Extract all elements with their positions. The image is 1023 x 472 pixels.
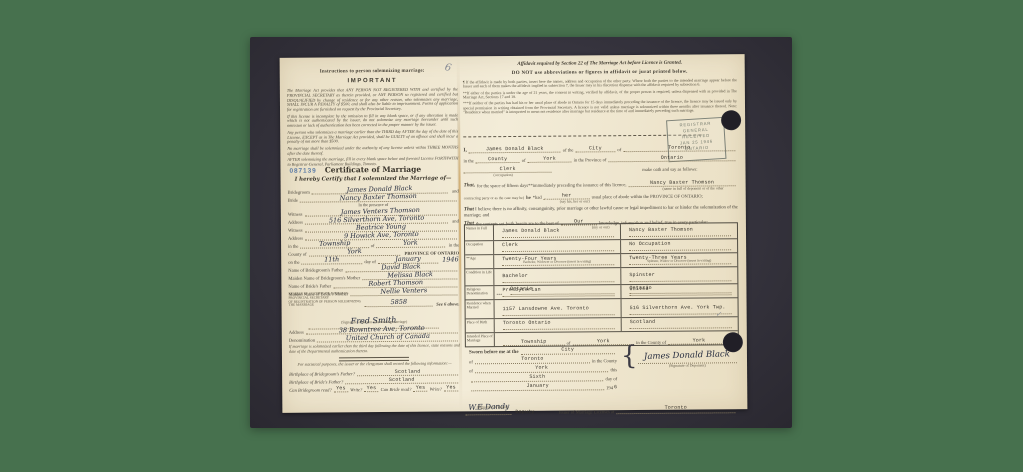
year-value: 1946 (443, 255, 460, 264)
marriage-document: Instructions to person solemnizing marri… (280, 54, 748, 413)
clause-2: That I believe there is no affinity, con… (464, 204, 738, 218)
bride-cell: Scotland (630, 319, 656, 325)
place-type: City (589, 145, 602, 151)
certificate-number-label: NUMBER OF CERTIFICATE ISSUED BY PROVINCI… (288, 292, 362, 307)
intended-township-name: York (597, 338, 610, 344)
row-label: Occupation (465, 241, 494, 254)
jurat-line-2: of Toronto in the County (469, 354, 617, 364)
sworn-day: Sixth (529, 374, 545, 380)
instructions-paragraphs: The Marriage Act provides that ANY PERSO… (287, 87, 459, 169)
important-heading: IMPORTANT (287, 77, 458, 84)
in-the-label: in the (449, 242, 459, 247)
issuer-place: Toronto (665, 405, 687, 411)
affidavit-title: Affidavit required by Section 22 of The … (463, 60, 737, 67)
say-caption: (say his, her or our) (560, 198, 738, 203)
in-the-label: in the (463, 158, 473, 163)
deponent-section: I, James Donald Black of the City of Tor… (463, 142, 737, 177)
bride-mother-name: Nellie Venters (380, 288, 427, 296)
groom-write-label: Write? (350, 387, 362, 392)
and-label: and (452, 188, 459, 193)
clause-1b-caption: contracting party or as the case may be) (464, 196, 524, 200)
day-of-label: day of (606, 376, 618, 381)
row-label: Condition in Life (465, 269, 494, 285)
place-name: Toronto (668, 145, 690, 151)
certificate-fields: Bridegroom James Donald Black and Bride … (288, 185, 460, 307)
on-the-label: on the (288, 260, 299, 265)
groom-read-value: Yes (336, 385, 346, 391)
sworn-place: Toronto (521, 356, 543, 362)
instructions-paragraph: The Marriage Act provides that ANY PERSO… (287, 87, 458, 112)
instructions-heading: Instructions to person solemnizing marri… (287, 68, 458, 74)
jurat-line-4: Sixth day of (469, 372, 617, 382)
of-label: of (522, 158, 526, 163)
bride-write-label: Write? (430, 387, 442, 392)
bride-father-birthplace-value: Scotland (389, 377, 415, 383)
this-label: this (610, 367, 617, 372)
day-number: 11th (324, 257, 339, 264)
residence-note: *** (496, 293, 502, 297)
certificate-number-value: 5858 (390, 299, 407, 306)
oath-text: make oath and say as follows: (642, 167, 697, 172)
clause-2-text: I believe there is no affinity, consangu… (464, 204, 738, 217)
issuer-title: Deputy (515, 409, 534, 415)
typed-rule (463, 135, 701, 138)
affidavit-table: Names in Full James Donald Black Nancy B… (464, 222, 739, 347)
year-digit: 6 (614, 384, 617, 390)
groom-father-birthplace-label: Birthplace of Bridegroom's Father? (289, 371, 355, 377)
jurat-brace: { (621, 343, 638, 369)
instructions-paragraph: If this license is incomplete by the omi… (287, 113, 458, 129)
sworn-place-type: City (561, 347, 574, 353)
jurat-line-3: of York this (469, 363, 617, 373)
county-label: County of (288, 252, 307, 257)
issuer-signature-caption: (Signature of Issuer) (467, 405, 517, 409)
denomination-value: United Church of Canada (345, 333, 429, 342)
of-the-label: of the (563, 148, 574, 153)
witness-label: Witness (288, 212, 303, 217)
instructions-paragraph: No marriage shall be solemnized under th… (287, 145, 458, 156)
fine-print-paragraph: ¶ If the affidavit is made by both parti… (463, 78, 737, 89)
and-label: and (452, 218, 459, 223)
certificate-number-note: See 6 above. (436, 301, 459, 306)
row-label: Religious Denomination (465, 286, 494, 299)
field-township: in the Township of York in the (288, 239, 459, 248)
had-word: *had (533, 195, 542, 200)
township-name: York (403, 240, 418, 247)
row-label: Names in Full (465, 225, 494, 240)
occupation-value: Clerk (500, 166, 516, 172)
of-label: of (617, 147, 621, 152)
field-bride-father-birthplace: Birthplace of Bride's Father? Scotland (289, 375, 460, 384)
address-label: Address (288, 220, 303, 225)
of-label: of (371, 243, 375, 248)
punch-hole-bottom (723, 332, 743, 352)
clause-1-name: Nancy Baxter Thomson (650, 179, 714, 186)
of-label: of (469, 359, 473, 364)
sworn-label: Sworn before me at the (469, 350, 519, 355)
groom-read-label: Can Bridegroom read? (289, 387, 332, 392)
affidavit-fine-print: ¶ If the affidavit is made by both parti… (463, 78, 737, 116)
groom-write-value: Yes (367, 385, 377, 391)
bride-residence-province: Ontario (629, 285, 651, 291)
bride-name: Nancy Baxter Thomson (340, 193, 417, 202)
deponent-signature-caption: (Signature of Deponent) (638, 363, 737, 368)
punch-hole-top (721, 110, 741, 130)
field-groom-father-birthplace: Birthplace of Bridegroom's Father? Scotl… (289, 367, 460, 376)
officiant-fields: Address 38 Rowntree Ave, Toronto Denomin… (289, 325, 460, 342)
pencil-checkmark: ✓ (716, 310, 722, 318)
affidavit-page: Affidavit required by Section 22 of The … (463, 58, 740, 408)
certificate-page: Instructions to person solemnizing marri… (287, 66, 461, 407)
scan-background: Instructions to person solemnizing marri… (0, 0, 1023, 472)
certificate-title: Certificate of Marriage (287, 164, 458, 174)
bride-write-value: Yes (446, 384, 456, 390)
field-literacy: Can Bridegroom read? Yes Write? Yes Can … (289, 383, 460, 392)
in-the-label: in the (288, 244, 298, 249)
row-label: **Age (465, 255, 494, 268)
document-mat: Instructions to person solemnizing marri… (250, 37, 792, 428)
field-denomination: Denomination United Church of Canada (289, 333, 460, 342)
her-value: her (562, 193, 572, 199)
certificate-footnote: If marriage is solemnized earlier than t… (289, 343, 460, 354)
deponent-name: James Donald Black (486, 146, 544, 152)
jurat-line-5: January 194 6 (469, 381, 617, 391)
groom-father-label: Name of Bridegroom's Father (288, 267, 343, 272)
that-word: That, (464, 182, 475, 188)
bride-label: Bride (288, 198, 298, 203)
deponent-signature-block: { James Donald Black (Signature of Depon… (621, 342, 737, 369)
clause-1b-text: usual place of abode within the PROVINCE… (592, 194, 703, 200)
statistics-fields: Birthplace of Bridegroom's Father? Scotl… (289, 367, 460, 392)
bride-read-label: Can Bride read? (381, 387, 412, 392)
that-word: That (464, 206, 474, 212)
field-certificate-number: NUMBER OF CERTIFICATE ISSUED BY PROVINCI… (288, 295, 459, 307)
i-label: I, (463, 147, 467, 153)
issuer-text: Issuer of Marriage Licenses at (559, 409, 615, 414)
certificate-subtitle: I hereby Certify that I solemnized the M… (288, 175, 459, 182)
sworn-month: January (526, 383, 548, 389)
witness-label: Witness (288, 228, 303, 233)
address-label: Address (289, 330, 304, 335)
he-word: he (526, 195, 531, 200)
fine-print-paragraph: ***If neither of the parties has had his… (463, 99, 737, 114)
row-label: Residence when Married (466, 300, 495, 318)
jurat-block: Sworn before me at the City of Toronto i… (469, 345, 617, 391)
groom-residence-province: Ontario (510, 286, 532, 292)
affidavit-warning: DO NOT use abbreviations or figures in a… (463, 69, 737, 76)
in-county-label: in the County (592, 358, 617, 363)
instructions-paragraph: Any person who solemnizes a marriage ear… (287, 129, 458, 145)
county-name: York (347, 248, 362, 255)
jurat-line-1: Sworn before me at the City (469, 345, 617, 355)
year-printed: 194 (606, 385, 613, 390)
denomination-label: Denomination (289, 338, 315, 343)
sworn-county: York (535, 365, 548, 371)
county-name: York (543, 156, 556, 162)
groom-cell: Toronto Ontario (503, 320, 551, 326)
address-label: Address (288, 236, 303, 241)
row-label: Intended Place of Marriage (466, 333, 495, 346)
of-label: of (469, 368, 473, 373)
groom-father-birthplace-value: Scotland (395, 369, 421, 375)
township-value: Township (319, 240, 350, 247)
bridegroom-label: Bridegroom (288, 190, 310, 195)
row-label: Place of Birth (466, 319, 495, 332)
county-word: County (488, 156, 507, 162)
province-label: in the Province of (574, 157, 607, 162)
bride-father-label: Name of Bride's Father (288, 283, 331, 288)
province-name: Ontario (661, 155, 683, 161)
bride-father-birthplace-label: Birthplace of Bride's Father? (289, 379, 343, 384)
day-of-label: day of (364, 259, 376, 264)
statistics-heading: For statistical purposes, the issuer or … (289, 360, 460, 366)
deponent-signature: James Donald Black (644, 349, 730, 362)
intended-township: Township (521, 339, 547, 345)
fine-print-paragraph: **If either of the parties is under the … (463, 89, 737, 100)
bride-read-value: Yes (416, 385, 426, 391)
